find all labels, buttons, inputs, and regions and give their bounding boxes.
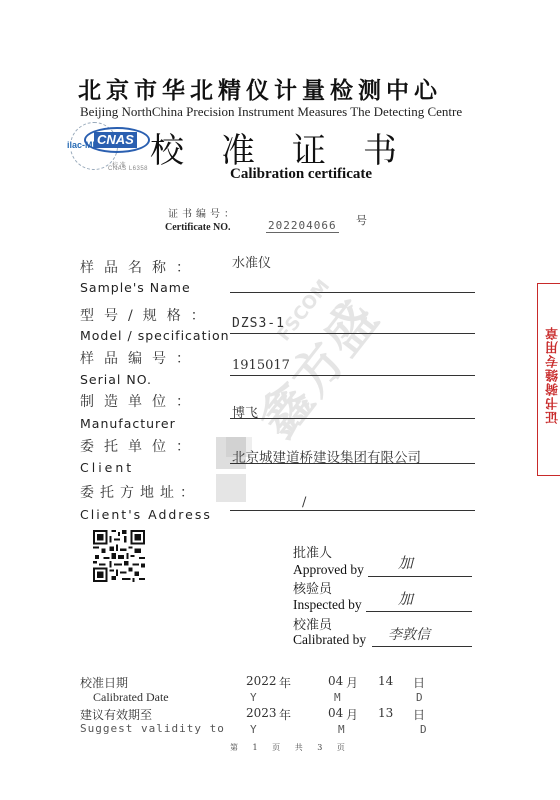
- approved-by-signature: 加: [398, 552, 413, 573]
- year-unit: 年: [279, 674, 291, 691]
- inspected-by-line: [366, 611, 472, 612]
- year-unit-en: Y: [250, 723, 257, 736]
- calibrated-year: 2022: [246, 674, 277, 688]
- calibrated-by-label-en: Calibrated by: [293, 632, 366, 648]
- field-underline: [230, 463, 475, 464]
- calibrated-date-label-en: Calibrated Date: [93, 690, 169, 705]
- qr-code: [93, 530, 145, 582]
- page-number: 第 1 页 共 3 页: [230, 742, 351, 753]
- day-unit: 日: [413, 674, 425, 691]
- day-unit-en: D: [420, 723, 427, 736]
- cnas-logo: CNAS: [84, 127, 150, 153]
- year-unit: 年: [279, 706, 291, 723]
- month-unit: 月: [346, 674, 358, 691]
- client-address-value: /: [302, 495, 306, 510]
- year-unit-en: Y: [250, 691, 257, 704]
- seam-stamp-text: 证书骑缝专用章: [544, 326, 560, 424]
- certificate-number-suffix: 号: [356, 212, 367, 228]
- field-underline: [230, 418, 475, 419]
- inspected-by-signature: 加: [398, 588, 413, 609]
- calibrated-month: 04: [328, 674, 343, 688]
- sample-name-value: 水准仪: [232, 252, 271, 271]
- cnas-label: CNAS: [94, 132, 137, 148]
- certificate-number-label-en: Certificate NO.: [165, 222, 231, 233]
- org-name-en: Beijing NorthChina Precision Instrument …: [80, 104, 462, 120]
- org-name-cn: 北京市华北精仪计量检测中心: [78, 72, 442, 105]
- validity-year: 2023: [246, 706, 277, 720]
- month-unit: 月: [346, 706, 358, 723]
- field-underline: [230, 375, 475, 376]
- day-unit-en: D: [416, 691, 423, 704]
- validity-label-en: Suggest validity to: [80, 722, 225, 735]
- certificate-number-label-cn: 证书编号：: [168, 205, 238, 220]
- field-label-en: Client: [80, 460, 134, 475]
- calibrated-day: 14: [378, 674, 393, 688]
- validity-label-cn: 建议有效期至: [80, 706, 152, 723]
- title-cn: 校准证书: [150, 123, 434, 172]
- month-unit-en: M: [338, 723, 345, 736]
- approved-by-line: [368, 576, 472, 577]
- day-unit: 日: [413, 706, 425, 723]
- validity-day: 13: [378, 706, 393, 720]
- field-label-cn: 样品名称：: [80, 257, 200, 277]
- field-underline: [230, 292, 475, 293]
- title-en: Calibration certificate: [230, 166, 372, 183]
- approved-by-label-en: Approved by: [293, 562, 364, 578]
- field-label-cn: 制造单位：: [80, 391, 200, 411]
- field-label-en: Client's Address: [80, 507, 212, 522]
- field-underline: [230, 333, 475, 334]
- month-unit-en: M: [334, 691, 341, 704]
- field-label-en: Serial NO.: [80, 372, 152, 387]
- field-underline: [230, 510, 475, 511]
- calibrated-by-line: [372, 646, 472, 647]
- field-label-en: Sample's Name: [80, 280, 191, 295]
- field-label-cn: 型号/规格：: [80, 305, 215, 325]
- model-value: DZS3-1: [232, 316, 285, 331]
- inspected-by-label-cn: 核验员: [293, 578, 332, 597]
- approved-by-label-cn: 批准人: [293, 542, 332, 561]
- field-label-en: Model / specification: [80, 328, 230, 343]
- calibrated-date-label-cn: 校准日期: [80, 674, 128, 691]
- seam-stamp: 证书骑缝专用章: [537, 283, 560, 476]
- calibrated-by-label-cn: 校准员: [293, 614, 332, 633]
- field-label-cn: 委托方地址：: [80, 482, 200, 502]
- inspected-by-label-en: Inspected by: [293, 597, 362, 613]
- certificate-number-value: 202204066: [266, 219, 339, 233]
- field-label-cn: 样品编号：: [80, 348, 200, 368]
- serial-number-value: 1915017: [232, 358, 290, 373]
- field-label-en: Manufacturer: [80, 416, 176, 431]
- cnas-number: CNAS L6358: [108, 166, 148, 172]
- validity-month: 04: [328, 706, 343, 720]
- field-label-cn: 委托单位：: [80, 436, 200, 456]
- calibrated-by-signature: 李敦信: [388, 624, 430, 644]
- watermark-logo-block: [216, 474, 246, 502]
